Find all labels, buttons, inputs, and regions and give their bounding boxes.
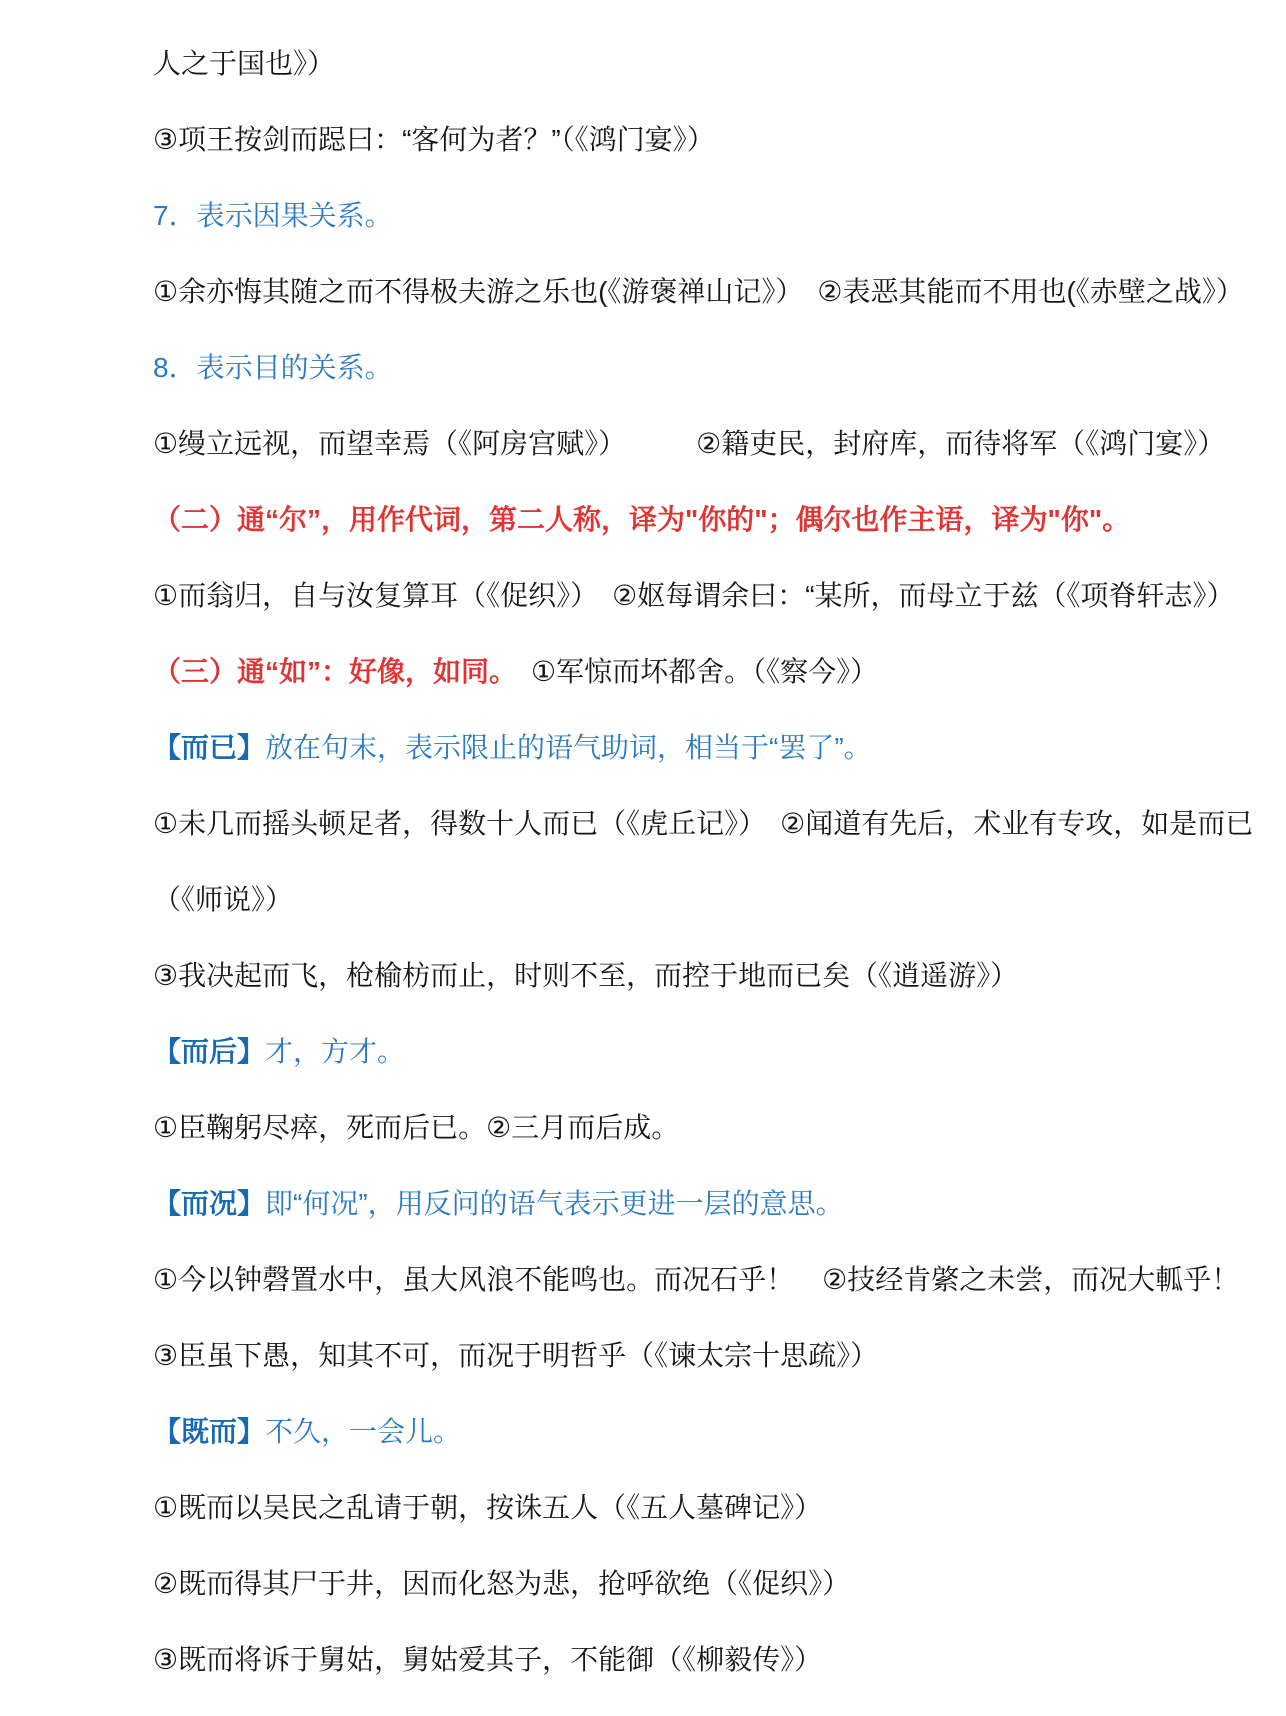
line-text: ①而翁归，自与汝复算耳（《促织》） ②妪每谓余曰：“某所，而母立于兹（《项脊轩志…: [153, 580, 1235, 611]
section-heading: 7．表示因果关系。: [153, 178, 1270, 254]
text-line: ③项王按剑而跽曰：“客何为者？”（《鸿门宴》）: [153, 102, 1270, 178]
text-line: ①余亦悔其随之而不得极夫游之乐也(《游褒禅山记》） ②表恶其能而不用也(《赤壁之…: [153, 254, 1270, 330]
line-text: ①军惊而坏都舍。（《察今》）: [503, 656, 878, 687]
line-text: ①今以钟磬置水中，虽大风浪不能鸣也。而况石乎！ ②技经肯綮之未尝，而况大軱乎！: [153, 1264, 1239, 1295]
text-line: ②既而得其尸于井，因而化怒为悲，抢呼欲绝（《促织》）: [153, 1546, 1270, 1622]
bracket-term: 【而后】: [153, 1036, 265, 1067]
text-line: ③我决起而飞，枪榆枋而止，时则不至，而控于地而已矣（《逍遥游》）: [153, 938, 1270, 1014]
line-text: ③项王按剑而跽曰：“客何为者？”（《鸿门宴》）: [153, 124, 715, 155]
text-line: ①而翁归，自与汝复算耳（《促织》） ②妪每谓余曰：“某所，而母立于兹（《项脊轩志…: [153, 558, 1270, 634]
term-definition: 【而已】放在句末，表示限止的语气助词，相当于“罢了”。: [153, 710, 1270, 786]
text-line: ①缦立远视，而望幸焉（《阿房宫赋》） ②籍吏民，封府库，而待将军（《鸿门宴》）: [153, 406, 1270, 482]
heading-text: （三）通“如”：好像，如同。: [153, 656, 503, 687]
line-text: ③我决起而飞，枪榆枋而止，时则不至，而控于地而已矣（《逍遥游》）: [153, 960, 1018, 991]
line-text: 人之于国也》）: [153, 48, 335, 79]
document-page: 人之于国也》） ③项王按剑而跽曰：“客何为者？”（《鸿门宴》） 7．表示因果关系…: [0, 0, 1286, 1716]
heading-text: 8．表示目的关系。: [153, 352, 393, 383]
term-definition: 【而况】即“何况”，用反问的语气表示更进一层的意思。: [153, 1166, 1270, 1242]
line-text: ①未几而摇头顿足者，得数十人而已（《虎丘记》） ②闻道有先后，术业有专攻，如是而…: [153, 808, 1253, 839]
term-definition: 【而后】才，方才。: [153, 1014, 1270, 1090]
line-text: （《师说》）: [153, 884, 293, 915]
text-line: ①臣鞠躬尽瘁，死而后已。②三月而后成。: [153, 1090, 1270, 1166]
heading-text: 7．表示因果关系。: [153, 200, 393, 231]
text-line: （《师说》）: [153, 862, 1270, 938]
line-text: ②既而得其尸于井，因而化怒为悲，抢呼欲绝（《促织》）: [153, 1568, 850, 1599]
bracket-term: 【而已】: [153, 732, 265, 763]
line-text: ①余亦悔其随之而不得极夫游之乐也(《游褒禅山记》） ②表恶其能而不用也(《赤壁之…: [153, 276, 1244, 307]
section-heading-red: （三）通“如”：好像，如同。 ①军惊而坏都舍。（《察今》）: [153, 634, 1270, 710]
text-line: ③既而将诉于舅姑，舅姑爱其子，不能御（《柳毅传》）: [153, 1622, 1270, 1698]
line-text: ③既而将诉于舅姑，舅姑爱其子，不能御（《柳毅传》）: [153, 1644, 822, 1675]
definition-text: 才，方才。: [265, 1036, 405, 1067]
definition-text: 不久，一会儿。: [265, 1416, 461, 1447]
section-heading: 8．表示目的关系。: [153, 330, 1270, 406]
definition-text: 即“何况”，用反问的语气表示更进一层的意思。: [265, 1188, 844, 1219]
bracket-term: 【而况】: [153, 1188, 265, 1219]
text-line: ①既而以吴民之乱请于朝，按诛五人（《五人墓碑记》）: [153, 1470, 1270, 1546]
text-line: ①未几而摇头顿足者，得数十人而已（《虎丘记》） ②闻道有先后，术业有专攻，如是而…: [153, 786, 1270, 862]
line-text: ①既而以吴民之乱请于朝，按诛五人（《五人墓碑记》）: [153, 1492, 822, 1523]
term-definition: 【既而】不久，一会儿。: [153, 1394, 1270, 1470]
line-text: ①缦立远视，而望幸焉（《阿房宫赋》） ②籍吏民，封府库，而待将军（《鸿门宴》）: [153, 428, 1225, 459]
section-heading-red: （二）通“尔”，用作代词，第二人称，译为"你的"；偶尔也作主语，译为"你"。: [153, 482, 1270, 558]
definition-text: 放在句末，表示限止的语气助词，相当于“罢了”。: [265, 732, 872, 763]
text-line: ③臣虽下愚，知其不可，而况于明哲乎（《谏太宗十思疏》）: [153, 1318, 1270, 1394]
text-line: ①今以钟磬置水中，虽大风浪不能鸣也。而况石乎！ ②技经肯綮之未尝，而况大軱乎！: [153, 1242, 1270, 1318]
heading-text: （二）通“尔”，用作代词，第二人称，译为"你的"；偶尔也作主语，译为"你"。: [153, 504, 1130, 535]
bracket-term: 【既而】: [153, 1416, 265, 1447]
line-text: ①臣鞠躬尽瘁，死而后已。②三月而后成。: [153, 1112, 679, 1143]
text-line: 人之于国也》）: [153, 26, 1270, 102]
line-text: ③臣虽下愚，知其不可，而况于明哲乎（《谏太宗十思疏》）: [153, 1340, 878, 1371]
